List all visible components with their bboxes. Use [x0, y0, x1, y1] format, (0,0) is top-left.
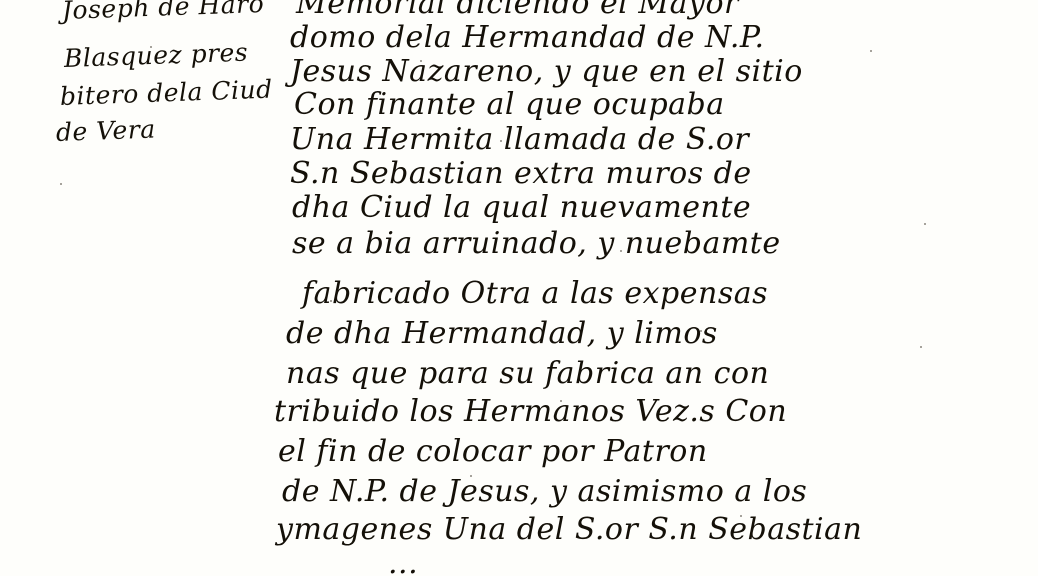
- text-line: de dha Hermandad, y limos: [286, 316, 718, 351]
- text-line: se a bia arruinado, y nuebamte: [292, 226, 781, 261]
- text-line: tribuido los Hermanos Vez.s Con: [274, 394, 787, 429]
- scan-speck: [560, 400, 562, 402]
- text-line: domo dela Hermandad de N.P.: [290, 20, 765, 55]
- scan-speck: [60, 183, 62, 185]
- text-line: de N.P. de Jesus, y asimismo a los: [282, 474, 807, 509]
- scan-speck: [150, 46, 152, 48]
- text-line: nas que para su fabrica an con: [286, 356, 769, 391]
- scan-speck: [740, 515, 742, 517]
- text-line: S.n Sebastian extra muros de: [290, 156, 752, 191]
- text-line: ...: [388, 546, 418, 576]
- text-line: Con finante al que ocupaba: [294, 87, 725, 122]
- scan-speck: [420, 60, 422, 62]
- text-line: Una Hermita llamada de S.or: [290, 122, 749, 157]
- scan-speck: [330, 300, 332, 302]
- scan-speck: [470, 475, 472, 477]
- margin-line: Blasquez pres: [63, 38, 248, 73]
- scan-speck: [870, 50, 872, 52]
- margin-line: bitero dela Ciud: [59, 75, 273, 111]
- scan-speck: [920, 346, 922, 348]
- text-line: dha Ciud la qual nuevamente: [292, 190, 751, 225]
- manuscript-page: Joseph de Haro Blasquez pres bitero dela…: [0, 0, 1038, 576]
- margin-line: de Vera: [55, 115, 156, 147]
- scan-speck: [500, 140, 502, 142]
- text-line: ymagenes Una del S.or S.n Sebastian: [276, 512, 862, 547]
- text-line: Jesus Nazareno, y que en el sitio: [290, 54, 803, 89]
- scan-speck: [700, 330, 702, 332]
- scan-speck: [924, 223, 926, 225]
- margin-line: Joseph de Haro: [61, 0, 264, 25]
- text-line: Memorial diciendo el Mayor: [296, 0, 739, 21]
- scan-speck: [620, 250, 622, 252]
- text-line: el fin de colocar por Patron: [278, 434, 708, 469]
- text-line: fabricado Otra a las expensas: [302, 276, 768, 311]
